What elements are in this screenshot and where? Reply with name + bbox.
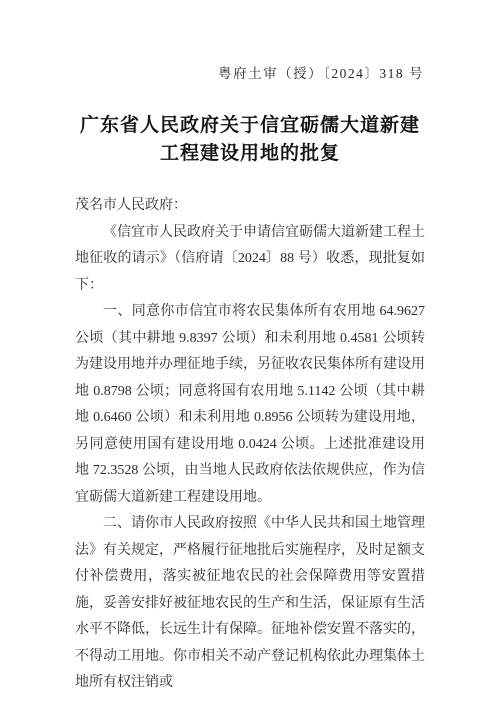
salutation: 茂名市人民政府： (75, 193, 425, 220)
document-title: 广东省人民政府关于信宜砺儒大道新建 工程建设用地的批复 (40, 112, 460, 167)
body-paragraphs: 《信宜市人民政府关于申请信宜砺儒大道新建工程土地征收的请示》（信府请〔2024〕… (75, 220, 425, 697)
body-paragraph: 一、同意你市信宜市将农民集体所有农用地 64.9627 公顷（其中耕地 9.83… (75, 299, 425, 511)
document-number: 粤府土审（授）〔2024〕318 号 (218, 62, 424, 82)
document-body: 茂名市人民政府： 《信宜市人民政府关于申请信宜砺儒大道新建工程土地征收的请示》（… (75, 193, 425, 697)
page-number: 1 (0, 652, 500, 664)
document-page: 粤府土审（授）〔2024〕318 号 广东省人民政府关于信宜砺儒大道新建 工程建… (0, 0, 500, 707)
document-title-line2: 工程建设用地的批复 (160, 143, 340, 164)
body-paragraph: 《信宜市人民政府关于申请信宜砺儒大道新建工程土地征收的请示》（信府请〔2024〕… (75, 220, 425, 300)
document-title-line1: 广东省人民政府关于信宜砺儒大道新建 (80, 115, 420, 136)
body-paragraph: 二、请你市人民政府按照《中华人民共和国土地管理法》有关规定，严格履行征地批后实施… (75, 511, 425, 697)
